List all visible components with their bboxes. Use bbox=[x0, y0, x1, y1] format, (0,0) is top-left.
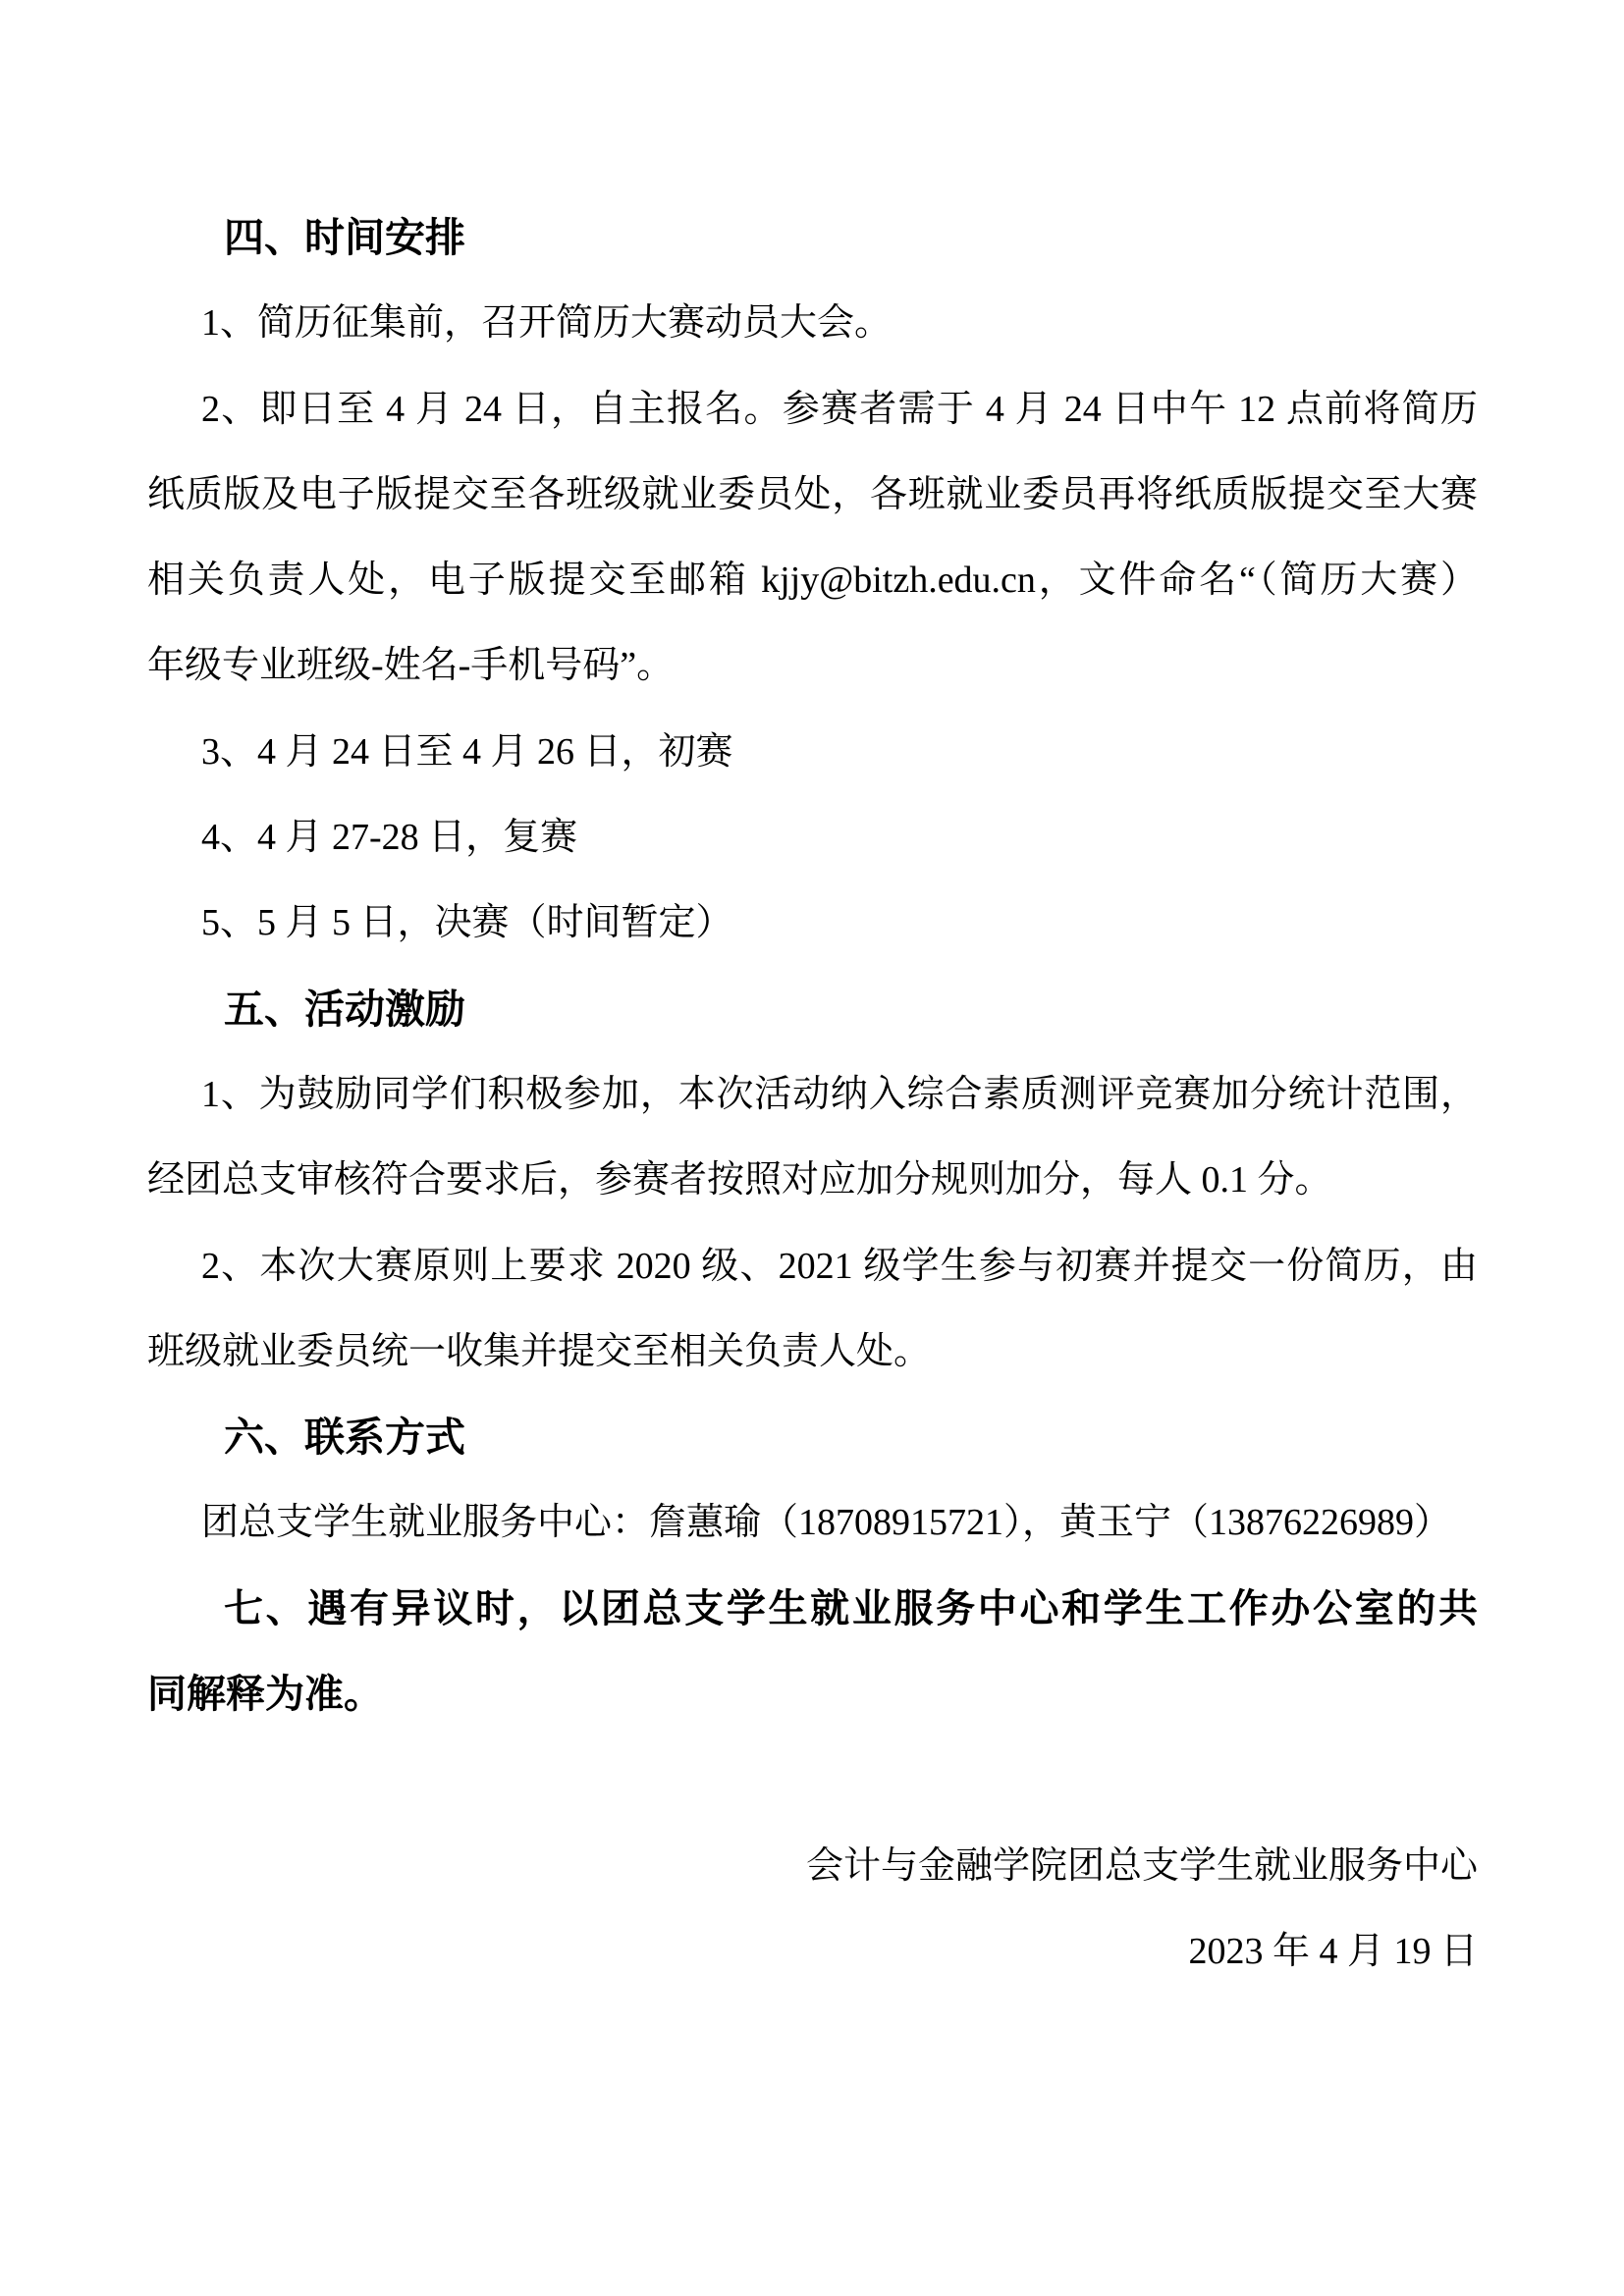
timeline-item-2-line-1: 2、即日至 4 月 24 日，自主报名。参赛者需于 4 月 24 日中午 12 … bbox=[147, 367, 1478, 453]
timeline-item-4: 4、4 月 27-28 日，复赛 bbox=[147, 795, 1478, 881]
contact-info-line: 团总支学生就业服务中心：詹蕙瑜（18708915721），黄玉宁（1387622… bbox=[147, 1480, 1478, 1566]
incentive-item-2-line-1: 2、本次大赛原则上要求 2020 级、2021 级学生参与初赛并提交一份简历，由 bbox=[147, 1224, 1478, 1309]
disclaimer-line-1: 七、遇有异议时，以团总支学生就业服务中心和学生工作办公室的共 bbox=[147, 1567, 1478, 1652]
heading-section-five: 五、活动激励 bbox=[147, 967, 1478, 1052]
signature-organization: 会计与金融学院团总支学生就业服务中心 bbox=[147, 1824, 1478, 1909]
disclaimer-line-2: 同解释为准。 bbox=[147, 1652, 1478, 1737]
incentive-item-1-line-1: 1、为鼓励同学们积极参加，本次活动纳入综合素质测评竞赛加分统计范围， bbox=[147, 1052, 1478, 1138]
timeline-item-3: 3、4 月 24 日至 4 月 26 日，初赛 bbox=[147, 710, 1478, 795]
timeline-item-5: 5、5 月 5 日，决赛（时间暂定） bbox=[147, 881, 1478, 966]
incentive-item-1-line-2: 经团总支审核符合要求后，参赛者按照对应加分规则加分，每人 0.1 分。 bbox=[147, 1138, 1478, 1223]
heading-section-six: 六、联系方式 bbox=[147, 1395, 1478, 1480]
document-page: 四、时间安排1、简历征集前，召开简历大赛动员大会。2、即日至 4 月 24 日，… bbox=[147, 195, 1478, 1995]
blank-line bbox=[147, 1737, 1478, 1823]
timeline-item-2-line-4: 年级专业班级-姓名-手机号码”。 bbox=[147, 623, 1478, 709]
incentive-item-2-line-2: 班级就业委员统一收集并提交至相关负责人处。 bbox=[147, 1309, 1478, 1395]
signature-date: 2023 年 4 月 19 日 bbox=[147, 1909, 1478, 1995]
timeline-item-2-line-2: 纸质版及电子版提交至各班级就业委员处，各班就业委员再将纸质版提交至大赛 bbox=[147, 453, 1478, 538]
heading-section-four: 四、时间安排 bbox=[147, 195, 1478, 281]
timeline-item-1: 1、简历征集前，召开简历大赛动员大会。 bbox=[147, 281, 1478, 366]
timeline-item-2-line-3: 相关负责人处，电子版提交至邮箱 kjjy@bitzh.edu.cn，文件命名“（… bbox=[147, 538, 1478, 623]
